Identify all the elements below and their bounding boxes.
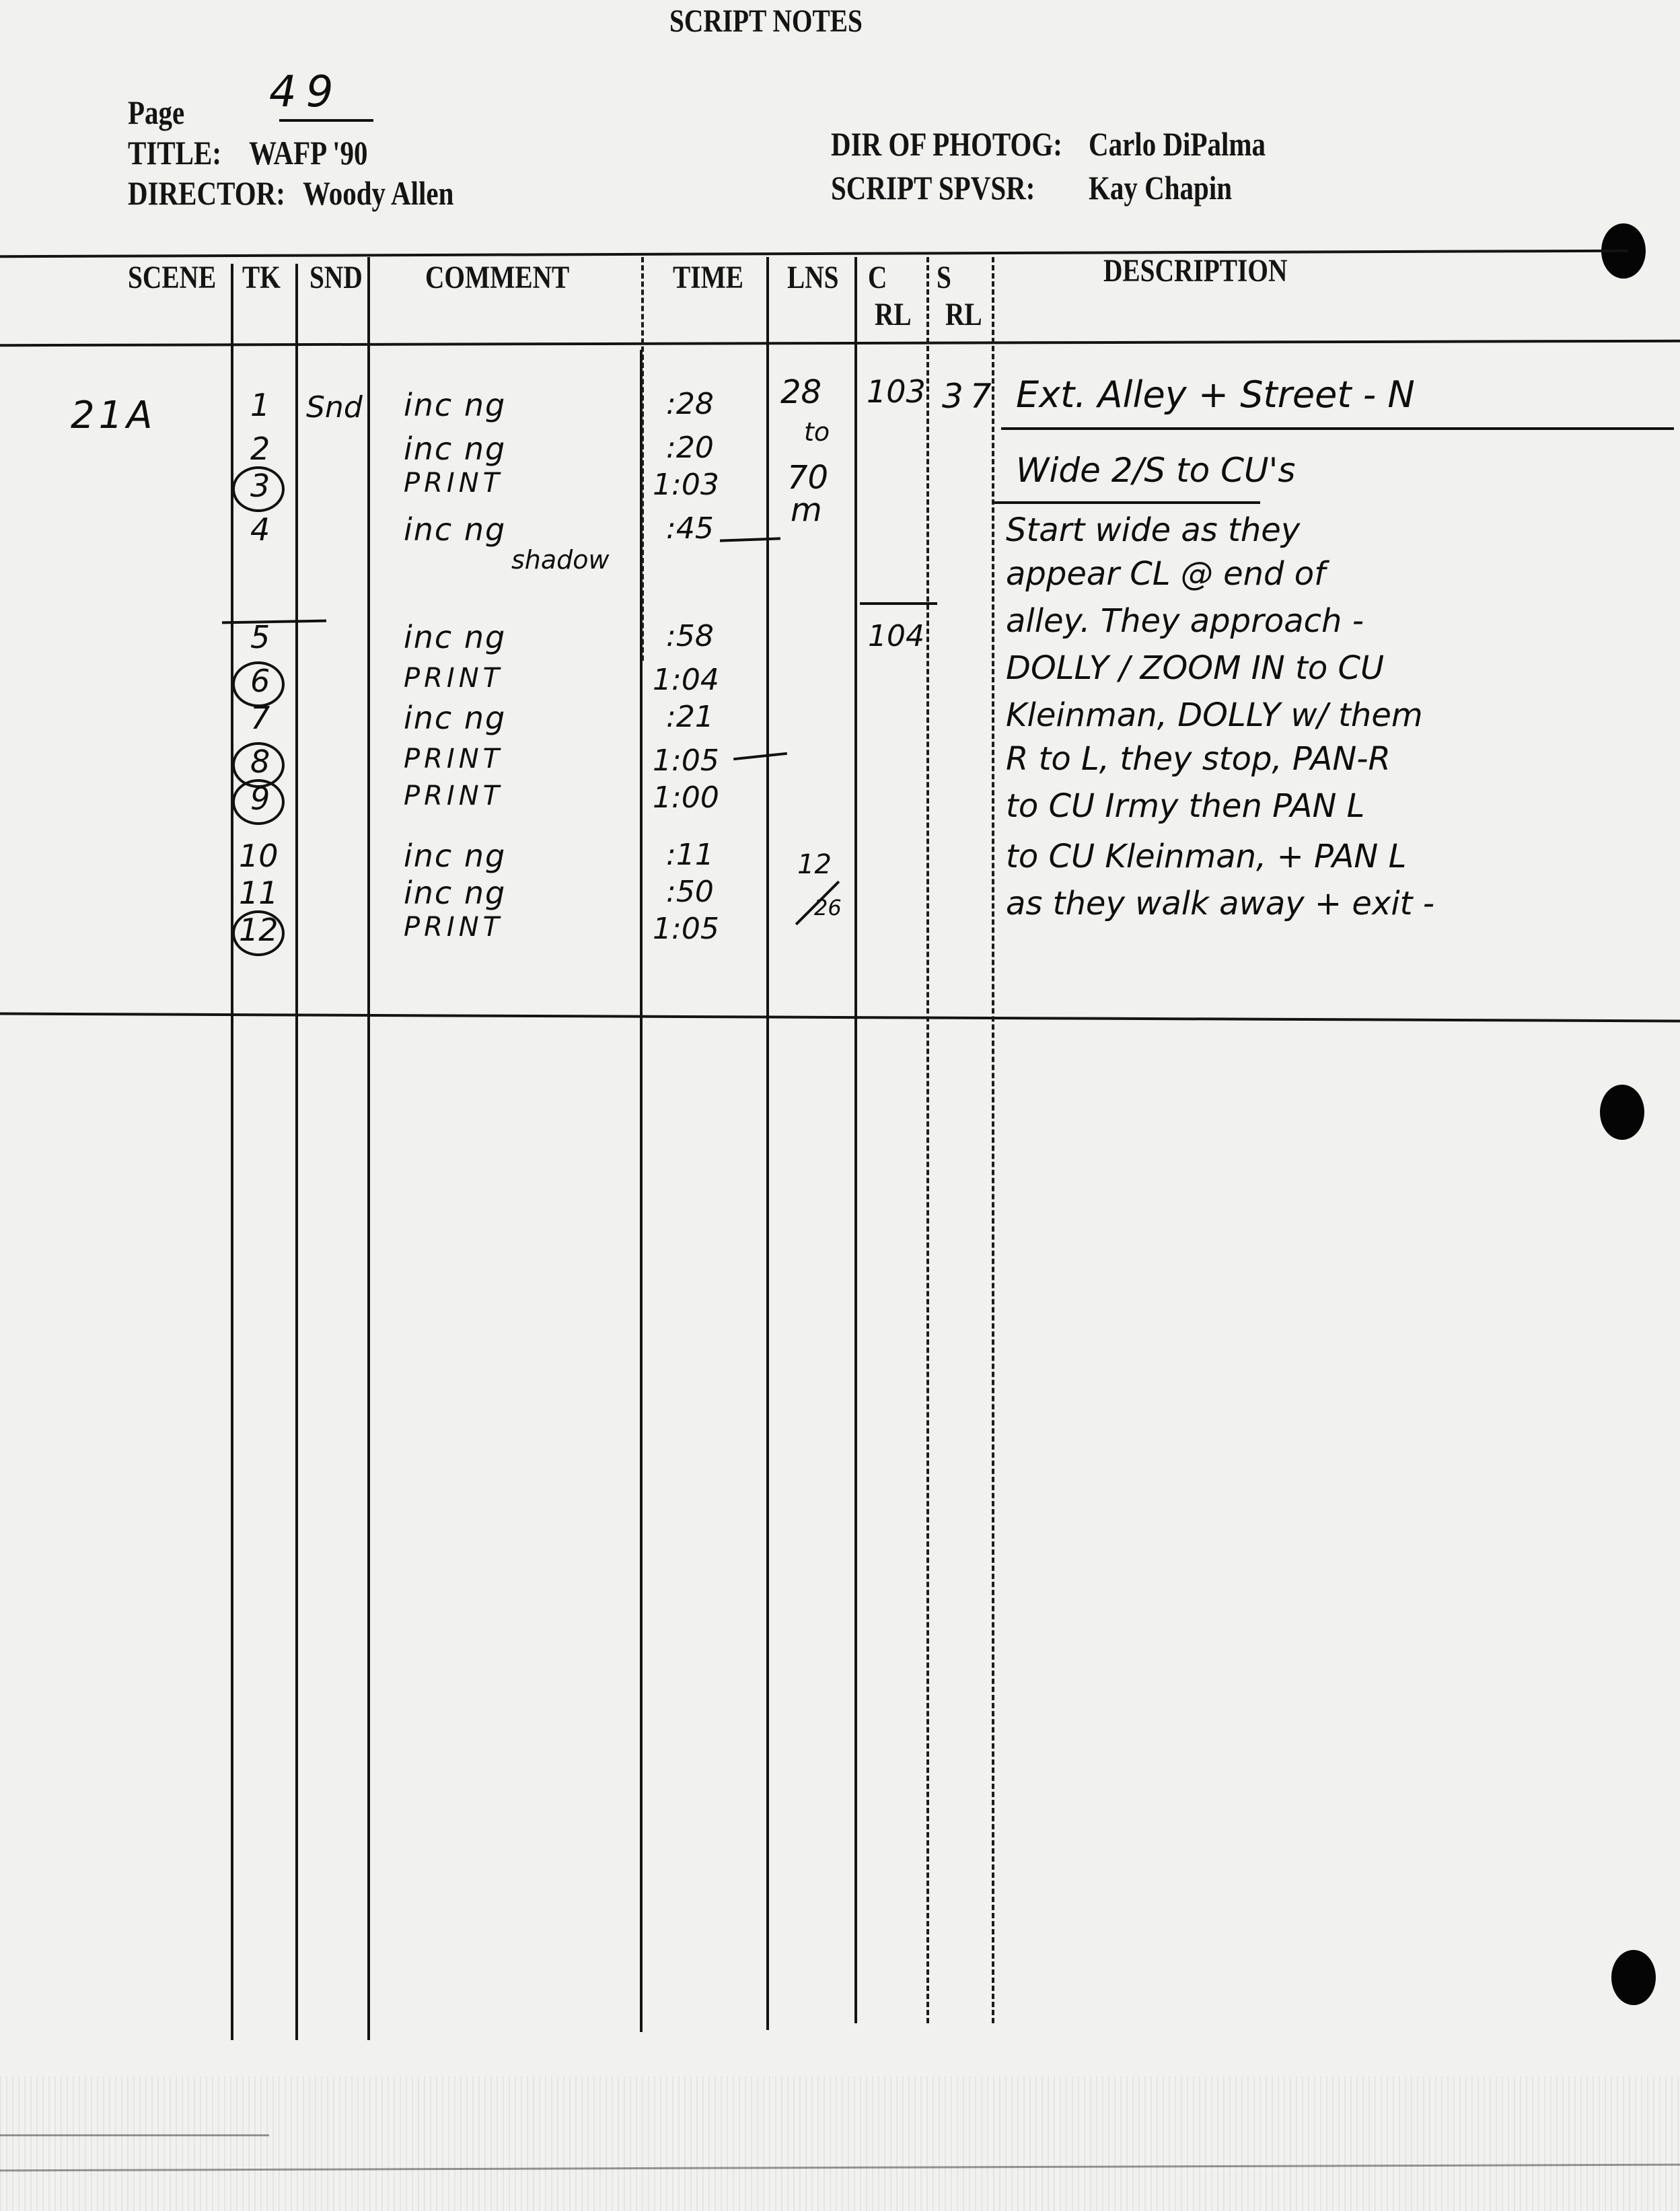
- page-underline: [279, 119, 373, 122]
- col-divider-comment-time-solid: [640, 350, 643, 2032]
- time-group-divider-2: [733, 752, 787, 760]
- binder-hole-middle: [1600, 1085, 1644, 1140]
- take-time: :21: [666, 700, 714, 734]
- row-bottom-rule: [0, 1013, 1680, 1023]
- title-label: TITLE:: [128, 133, 221, 172]
- take-time: :45: [666, 511, 714, 546]
- col-divider-tk-snd: [295, 264, 298, 2040]
- take-comment: inc ng: [404, 387, 506, 423]
- take-time: 1:05: [653, 744, 719, 778]
- description-line: Kleinman, DOLLY w/ them: [1006, 696, 1423, 734]
- print-take-circle: [232, 910, 285, 956]
- take-number: 5: [250, 619, 270, 655]
- time-group-divider: [720, 537, 780, 542]
- camera-roll-1: 103: [867, 373, 926, 410]
- header-tk: TK: [242, 259, 281, 296]
- supervisor-label: SCRIPT SPVSR:: [831, 168, 1035, 207]
- take-number: 7: [250, 700, 270, 736]
- take-time: 1:05: [653, 912, 719, 946]
- director-label: DIRECTOR:: [128, 174, 285, 213]
- header-time: TIME: [673, 259, 743, 296]
- take-time: :20: [666, 431, 714, 465]
- lens-later-top: 12: [797, 849, 832, 880]
- take-number: 1: [250, 387, 270, 423]
- col-divider-lns-c: [854, 257, 857, 2023]
- take-comment: inc ng: [404, 875, 506, 911]
- binder-hole-bottom: [1611, 1950, 1656, 2005]
- col-divider-time-lns: [766, 257, 769, 2030]
- col-divider-c-s: [926, 257, 929, 2023]
- description-line: alley. They approach -: [1006, 602, 1364, 640]
- take-number: 11: [239, 875, 279, 911]
- header-description: DESCRIPTION: [1103, 252, 1287, 289]
- description-heading-underline: [1001, 427, 1674, 430]
- description-heading: Ext. Alley + Street - N: [1016, 373, 1415, 416]
- take-time: :28: [666, 387, 714, 421]
- camera-roll-divider: [860, 602, 937, 605]
- header-s-rl: RL: [945, 296, 982, 333]
- page-label: Page: [128, 93, 184, 132]
- lens-later-bottom: 26: [814, 895, 842, 920]
- take-comment: PRINT: [404, 781, 503, 811]
- col-divider-snd-comment: [367, 257, 370, 2040]
- description-line: as they walk away + exit -: [1006, 885, 1434, 922]
- title-value: WAFP '90: [249, 133, 368, 172]
- description-subheading-underline: [994, 501, 1260, 504]
- camera-roll-2: 104: [868, 619, 924, 653]
- header-lns: LNS: [787, 259, 839, 296]
- description-line: R to L, they stop, PAN-R: [1006, 740, 1391, 778]
- take-comment: PRINT: [404, 468, 503, 499]
- take-time: :11: [666, 838, 714, 872]
- description-line: to CU Irmy then PAN L: [1006, 787, 1364, 825]
- take-comment: PRINT: [404, 744, 503, 774]
- supervisor-value: Kay Chapin: [1089, 168, 1232, 207]
- take-time: 1:03: [653, 468, 719, 502]
- take-number: 2: [250, 431, 270, 467]
- take-comment-note: shadow: [511, 545, 610, 575]
- header-bottom-rule: [0, 340, 1680, 347]
- header-comment: COMMENT: [425, 259, 569, 296]
- dop-label: DIR OF PHOTOG:: [831, 124, 1062, 164]
- take-group-divider: [222, 620, 326, 624]
- take-comment: PRINT: [404, 663, 503, 694]
- description-line: DOLLY / ZOOM IN to CU: [1006, 649, 1384, 687]
- col-divider-scene-tk: [231, 264, 233, 2040]
- header-snd: SND: [309, 259, 363, 296]
- take-time: :58: [666, 619, 714, 653]
- page-number: 49: [269, 67, 342, 117]
- header-c-rl: RL: [875, 296, 912, 333]
- description-subheading: Wide 2/S to CU's: [1016, 451, 1295, 490]
- lens-first: 28: [780, 373, 821, 411]
- take-time: 1:04: [653, 663, 719, 697]
- lens-suffix: m: [791, 491, 822, 529]
- col-divider-s-description: [992, 257, 994, 2023]
- scan-artifact: [0, 2076, 1680, 2211]
- print-take-circle: [232, 779, 285, 825]
- take-comment: inc ng: [404, 431, 506, 467]
- take-number: 4: [250, 511, 270, 548]
- header-c: C: [868, 259, 887, 296]
- take-number: 10: [239, 838, 279, 874]
- description-line: Start wide as they: [1006, 511, 1300, 549]
- take-comment: inc ng: [404, 511, 506, 548]
- sound-marker: Snd: [306, 390, 363, 425]
- scene-number: 21A: [71, 394, 157, 437]
- table-top-rule: [0, 250, 1628, 258]
- print-take-circle: [232, 466, 285, 512]
- take-comment: inc ng: [404, 619, 506, 655]
- director-value: Woody Allen: [303, 174, 453, 213]
- take-time: :50: [666, 875, 714, 909]
- header-scene: SCENE: [128, 259, 216, 296]
- scan-artifact-line-2: [0, 2134, 269, 2136]
- dop-value: Carlo DiPalma: [1089, 124, 1266, 164]
- take-comment: PRINT: [404, 912, 503, 943]
- take-comment: inc ng: [404, 838, 506, 874]
- lens-to: to: [804, 417, 830, 447]
- take-comment: inc ng: [404, 700, 506, 736]
- form-title: SCRIPT NOTES: [669, 3, 863, 40]
- header-s: S: [937, 259, 951, 296]
- sound-roll: 37: [942, 377, 998, 416]
- description-line: appear CL @ end of: [1006, 555, 1325, 593]
- take-time: 1:00: [653, 781, 719, 815]
- description-line: to CU Kleinman, + PAN L: [1006, 838, 1406, 875]
